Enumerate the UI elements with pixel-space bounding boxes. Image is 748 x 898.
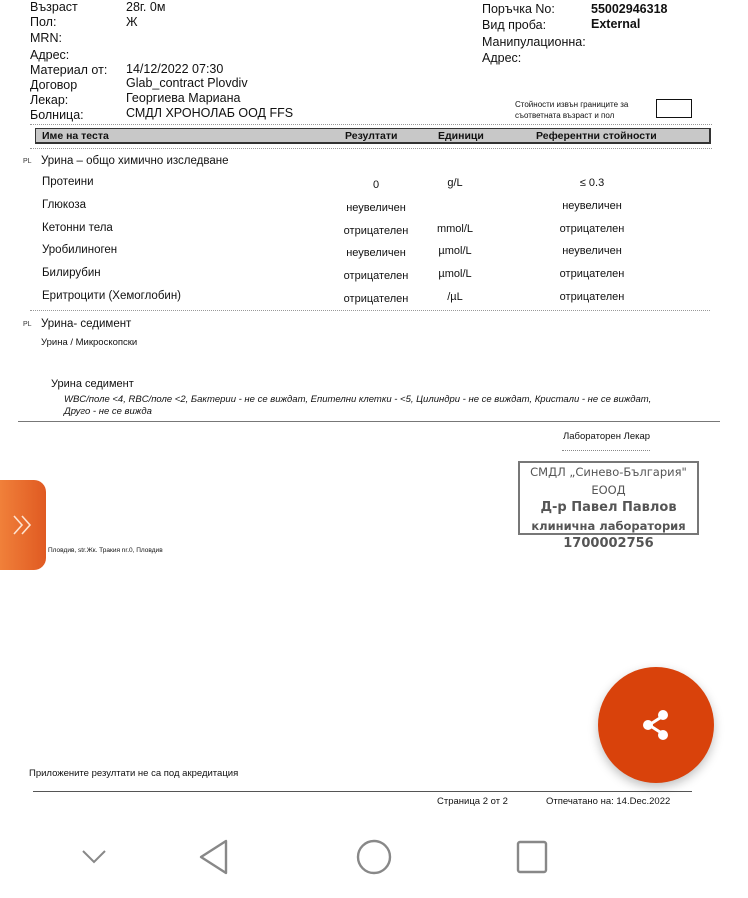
doctor-label: Лекар:	[30, 93, 68, 108]
back-icon[interactable]	[197, 838, 231, 876]
legend-line2: съответната възраст и пол	[515, 110, 628, 121]
contract-label: Договор	[30, 78, 77, 93]
share-icon	[636, 705, 676, 745]
test-result: отрицателен	[326, 270, 426, 282]
test-result: неувеличен	[326, 202, 426, 214]
test-reference: неувеличен	[540, 200, 644, 212]
sample-type-label: Вид проба:	[482, 18, 546, 33]
mrn-label: MRN:	[30, 31, 62, 46]
sediment-line1: WBC/поле <4, RBC/поле <2, Бактерии - не …	[64, 394, 651, 406]
divider	[30, 310, 710, 311]
divider	[18, 421, 720, 422]
doctor-value: Георгиева Мариана	[126, 91, 240, 106]
test-reference: ≤ 0.3	[540, 177, 644, 189]
age-value: 28г. 0м	[126, 0, 165, 15]
section-subtitle: Урина / Микроскопски	[41, 337, 137, 348]
test-name: Еритроцити (Хемоглобин)	[42, 290, 181, 302]
test-reference: отрицателен	[540, 223, 644, 235]
header-test-name: Име на теста	[42, 130, 109, 142]
test-unit: g/L	[425, 177, 485, 189]
divider	[30, 148, 712, 149]
section-marker: PL	[23, 158, 32, 165]
printed-date: Отпечатано на: 14.Dec.2022	[546, 796, 670, 807]
stamp-line4: 1700002756	[520, 535, 697, 553]
section-title: Урина – общо химично изследване	[41, 155, 229, 167]
sex-label: Пол:	[30, 15, 56, 30]
table-header: Име на теста Резултати Единици Референтн…	[35, 128, 711, 144]
accreditation-note: Приложените резултати не са под акредита…	[29, 768, 238, 779]
contract-value: Glab_contract Plovdiv	[126, 76, 248, 91]
double-chevron-right-icon	[11, 514, 35, 536]
test-result: 0	[326, 179, 426, 191]
manipulation-label: Манипулационна:	[482, 35, 586, 50]
header-units: Единици	[438, 130, 484, 142]
test-result: отрицателен	[326, 293, 426, 305]
section-title: Урина- седимент	[41, 318, 131, 330]
home-icon[interactable]	[354, 837, 394, 877]
test-name: Кетонни тела	[42, 222, 113, 234]
stamp-line3: клинична лаборатория	[520, 517, 697, 535]
order-address-label: Адрес:	[482, 51, 521, 66]
material-value: 14/12/2022 07:30	[126, 62, 223, 77]
test-name: Билирубин	[42, 267, 101, 279]
recents-icon[interactable]	[515, 839, 549, 875]
test-name: Глюкоза	[42, 199, 86, 211]
header-reference: Референтни стойности	[536, 130, 657, 142]
side-panel-toggle[interactable]	[0, 480, 46, 570]
footer-divider	[33, 791, 692, 792]
test-reference: отрицателен	[540, 268, 644, 280]
sediment-title: Урина седимент	[51, 378, 134, 390]
test-result: неувеличен	[326, 247, 426, 259]
out-of-range-swatch	[656, 99, 692, 118]
test-reference: неувеличен	[540, 245, 644, 257]
stamp-line2: Д-р Павел Павлов	[520, 499, 697, 517]
divider	[30, 124, 712, 125]
page-number: Страница 2 от 2	[437, 796, 508, 807]
header-results: Резултати	[345, 130, 398, 142]
sample-type-value: External	[591, 17, 640, 32]
test-unit: mmol/L	[425, 223, 485, 235]
sediment-line2: Друго - не се вижда	[64, 406, 152, 418]
material-label: Материал от:	[30, 63, 107, 78]
hospital-label: Болница:	[30, 108, 84, 123]
stamp-line1: СМДЛ „Синево-България" ЕООД	[520, 463, 697, 499]
address-label: Адрес:	[30, 48, 69, 63]
order-no-label: Поръчка No:	[482, 2, 555, 17]
share-button[interactable]	[598, 667, 714, 783]
test-unit: µmol/L	[425, 245, 485, 257]
signature-role: Лабораторен Лекар	[563, 431, 650, 442]
order-no-value: 55002946318	[591, 2, 667, 17]
section-marker: PL	[23, 321, 32, 328]
test-reference: отрицателен	[540, 291, 644, 303]
chevron-down-icon[interactable]	[80, 847, 108, 867]
hospital-value: СМДЛ ХРОНОЛАБ ООД FFS	[126, 106, 293, 121]
doctor-stamp: СМДЛ „Синево-България" ЕООД Д-р Павел Па…	[518, 461, 699, 535]
age-label: Възраст	[30, 0, 78, 15]
test-result: отрицателен	[326, 225, 426, 237]
legend-line1: Стойности извън границите за	[515, 99, 628, 110]
test-name: Протеини	[42, 176, 94, 188]
test-name: Уробилиноген	[42, 244, 117, 256]
sex-value: Ж	[126, 15, 138, 30]
test-unit: /µL	[425, 291, 485, 303]
out-of-range-legend: Стойности извън границите за съответната…	[515, 99, 628, 121]
signature-line	[562, 450, 650, 451]
lab-address: Пловдив, str.Жк. Тракия nr.0, Пловдив	[48, 547, 163, 554]
test-unit: µmol/L	[425, 268, 485, 280]
